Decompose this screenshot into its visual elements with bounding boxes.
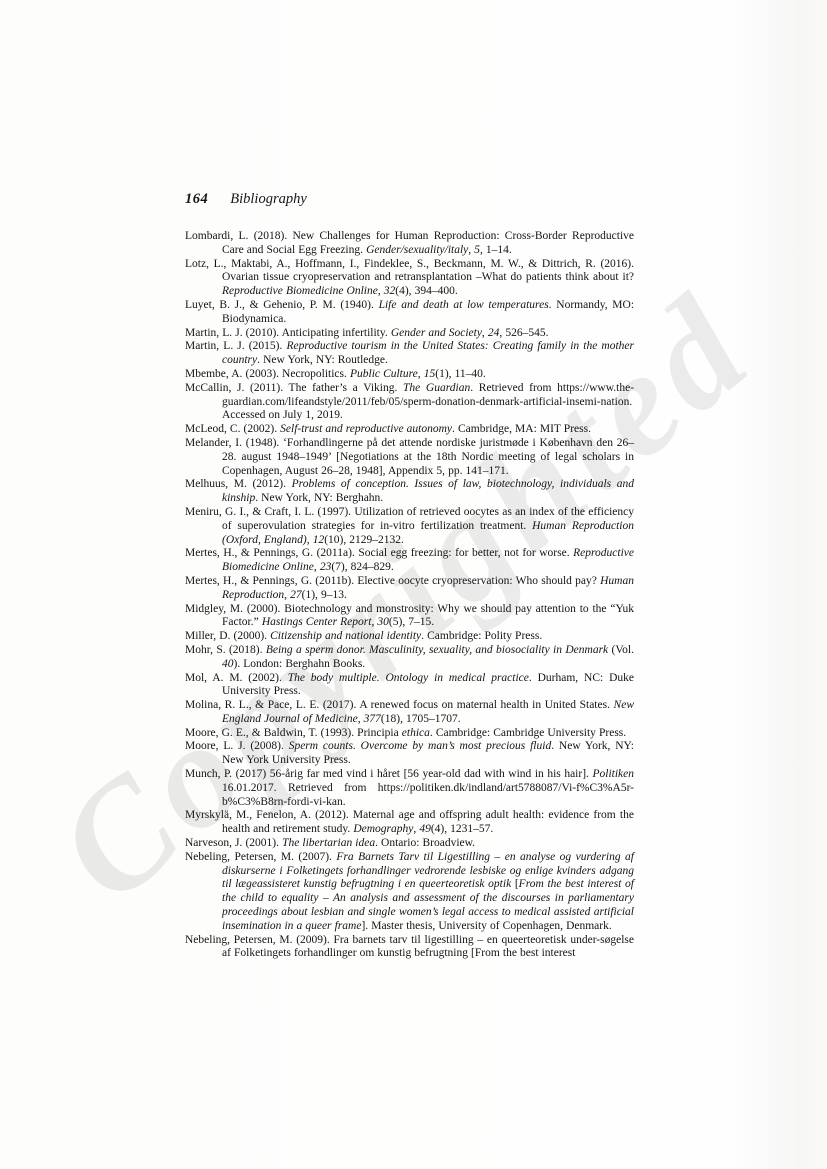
bibliography-entry: Moore, L. J. (2008). Sperm counts. Overc… [185, 740, 634, 768]
bibliography-entry: Miller, D. (2000). Citizenship and natio… [185, 630, 634, 644]
page-number: 164 [185, 191, 208, 207]
bibliography-entry: Narveson, J. (2001). The libertarian ide… [185, 837, 634, 851]
bibliography-entry: Midgley, M. (2000). Biotechnology and mo… [185, 603, 634, 631]
bibliography-entry: Meniru, G. I., & Craft, I. L. (1997). Ut… [185, 506, 634, 547]
bibliography-entry: McLeod, C. (2002). Self-trust and reprod… [185, 423, 634, 437]
bibliography-entry: Mertes, H., & Pennings, G. (2011b). Elec… [185, 575, 634, 603]
bibliography-entry: Martin, L. J. (2010). Anticipating infer… [185, 327, 634, 341]
bibliography-entry: Mohr, S. (2018). Being a sperm donor. Ma… [185, 644, 634, 672]
section-title: Bibliography [230, 191, 307, 207]
bibliography-entry: Myrskylä, M., Fenelon, A. (2012). Matern… [185, 809, 634, 837]
bibliography-entry: Mol, A. M. (2002). The body multiple. On… [185, 672, 634, 700]
bibliography-entry: Moore, G. E., & Baldwin, T. (1993). Prin… [185, 727, 634, 741]
bibliography-entry: Lombardi, L. (2018). New Challenges for … [185, 230, 634, 258]
bibliography-entry: Melander, I. (1948). ‘Forhandlingerne på… [185, 437, 634, 478]
bibliography-entry: Luyet, B. J., & Gehenio, P. M. (1940). L… [185, 299, 634, 327]
bibliography-entry: Munch, P. (2017) 56-årig far med vind i … [185, 768, 634, 809]
bibliography-entry: Nebeling, Petersen, M. (2009). Fra barne… [185, 934, 634, 962]
bibliography-entry: Nebeling, Petersen, M. (2007). Fra Barne… [185, 851, 634, 934]
bibliography-entry: Lotz, L., Maktabi, A., Hoffmann, I., Fin… [185, 258, 634, 299]
bibliography-entry: Mbembe, A. (2003). Necropolitics. Public… [185, 368, 634, 382]
bibliography-entry: Martin, L. J. (2015). Reproductive touri… [185, 340, 634, 368]
running-header: 164Bibliography [185, 191, 307, 208]
bibliography-entry: Mertes, H., & Pennings, G. (2011a). Soci… [185, 547, 634, 575]
book-page: Copyrighted 164Bibliography Lombardi, L.… [0, 0, 827, 1169]
bibliography-entry: McCallin, J. (2011). The father’s a Viki… [185, 382, 634, 423]
bibliography-entry: Melhuus, M. (2012). Problems of concepti… [185, 478, 634, 506]
bibliography-entry: Molina, R. L., & Pace, L. E. (2017). A r… [185, 699, 634, 727]
bibliography-list: Lombardi, L. (2018). New Challenges for … [185, 230, 634, 961]
